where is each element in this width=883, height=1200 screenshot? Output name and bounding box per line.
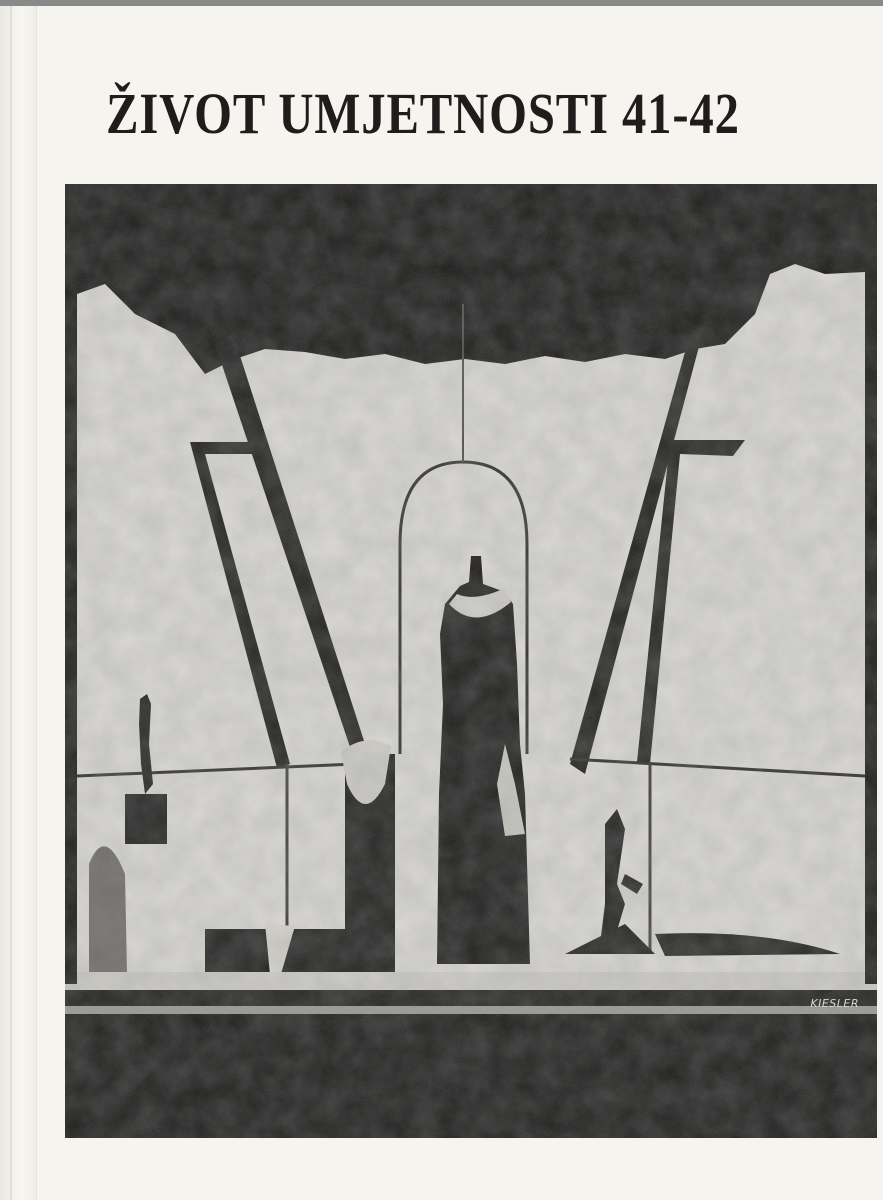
cover-spine-edge (0, 6, 37, 1200)
magazine-cover: ŽIVOT UMJETNOSTI 41-42 (0, 6, 883, 1200)
spine-crease (10, 6, 12, 1200)
cover-title: ŽIVOT UMJETNOSTI 41-42 (106, 82, 728, 146)
cover-photo: KIESLER (65, 184, 877, 1138)
shop-window-photo-illustration (65, 184, 877, 1138)
photo-signature: KIESLER (810, 997, 859, 1010)
